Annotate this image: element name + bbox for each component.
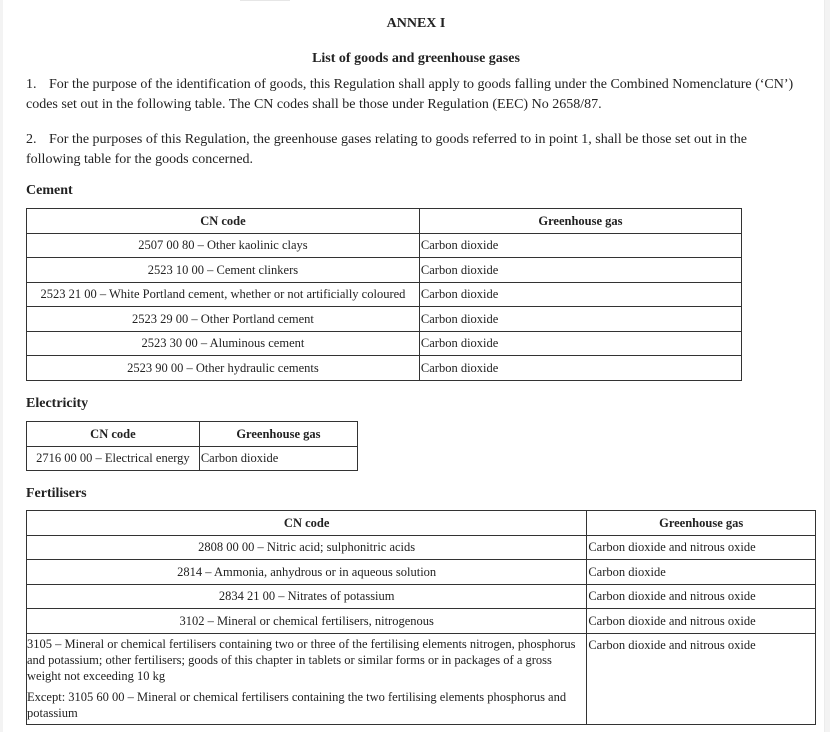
column-header-greenhouse-gas: Greenhouse gas — [199, 422, 357, 447]
paragraph-text: For the purpose of the identification of… — [26, 77, 793, 112]
cn-code-exception: Except: 3105 60 00 – Mineral or chemical… — [27, 689, 586, 721]
scrollbar-track[interactable] — [824, 0, 830, 732]
greenhouse-gas-cell: Carbon dioxide and nitrous oxide — [587, 609, 816, 634]
table-row: 3105 – Mineral or chemical fertilisers c… — [27, 633, 816, 724]
column-header-cn-code: CN code — [27, 422, 200, 447]
table-row: 2808 00 00 – Nitric acid; sulphonitric a… — [27, 535, 816, 560]
table-row: 2523 30 00 – Aluminous cement Carbon dio… — [27, 331, 742, 356]
table-row: 2834 21 00 – Nitrates of potassium Carbo… — [27, 584, 816, 609]
greenhouse-gas-cell: Carbon dioxide and nitrous oxide — [587, 584, 816, 609]
greenhouse-gas-cell: Carbon dioxide — [587, 560, 816, 585]
column-header-greenhouse-gas: Greenhouse gas — [587, 511, 816, 536]
table-row: 2523 10 00 – Cement clinkers Carbon diox… — [27, 258, 742, 283]
table-row: 2716 00 00 – Electrical energy Carbon di… — [27, 446, 358, 471]
page-left-margin — [0, 0, 3, 732]
paragraph-number: 1. — [26, 75, 42, 95]
table-header-row: CN code Greenhouse gas — [27, 511, 816, 536]
cement-table: CN code Greenhouse gas 2507 00 80 – Othe… — [26, 208, 742, 381]
cn-code-cell: 3102 – Mineral or chemical fertilisers, … — [27, 609, 587, 634]
cn-code-cell: 2523 10 00 – Cement clinkers — [27, 258, 420, 283]
paragraph-number: 2. — [26, 130, 42, 150]
cn-code-cell: 3105 – Mineral or chemical fertilisers c… — [27, 633, 587, 724]
greenhouse-gas-cell: Carbon dioxide — [199, 446, 357, 471]
table-row: 2523 21 00 – White Portland cement, whet… — [27, 282, 742, 307]
annex-subtitle: List of goods and greenhouse gases — [26, 51, 806, 67]
greenhouse-gas-cell: Carbon dioxide — [419, 282, 741, 307]
page-top-divider — [240, 0, 290, 1]
section-heading-cement: Cement — [26, 183, 73, 199]
column-header-greenhouse-gas: Greenhouse gas — [419, 209, 741, 234]
cn-code-cell: 2814 – Ammonia, anhydrous or in aqueous … — [27, 560, 587, 585]
cn-code-description: 3105 – Mineral or chemical fertilisers c… — [27, 636, 586, 684]
table-header-row: CN code Greenhouse gas — [27, 422, 358, 447]
greenhouse-gas-cell: Carbon dioxide — [419, 233, 741, 258]
section-heading-electricity: Electricity — [26, 396, 88, 412]
cn-code-cell: 2834 21 00 – Nitrates of potassium — [27, 584, 587, 609]
table-row: 2523 29 00 – Other Portland cement Carbo… — [27, 307, 742, 332]
cn-code-cell: 2523 90 00 – Other hydraulic cements — [27, 356, 420, 381]
column-header-cn-code: CN code — [27, 511, 587, 536]
table-row: 3102 – Mineral or chemical fertilisers, … — [27, 609, 816, 634]
annex-title: ANNEX I — [26, 16, 806, 32]
cn-code-cell: 2716 00 00 – Electrical energy — [27, 446, 200, 471]
cn-code-cell: 2523 29 00 – Other Portland cement — [27, 307, 420, 332]
cn-code-cell: 2523 21 00 – White Portland cement, whet… — [27, 282, 420, 307]
table-header-row: CN code Greenhouse gas — [27, 209, 742, 234]
cn-code-cell: 2523 30 00 – Aluminous cement — [27, 331, 420, 356]
greenhouse-gas-cell: Carbon dioxide and nitrous oxide — [587, 633, 816, 724]
electricity-table: CN code Greenhouse gas 2716 00 00 – Elec… — [26, 421, 358, 471]
greenhouse-gas-cell: Carbon dioxide and nitrous oxide — [587, 535, 816, 560]
section-heading-fertilisers: Fertilisers — [26, 486, 87, 502]
table-row: 2814 – Ammonia, anhydrous or in aqueous … — [27, 560, 816, 585]
greenhouse-gas-cell: Carbon dioxide — [419, 356, 741, 381]
greenhouse-gas-cell: Carbon dioxide — [419, 307, 741, 332]
table-row: 2523 90 00 – Other hydraulic cements Car… — [27, 356, 742, 381]
paragraph-1: 1. For the purpose of the identification… — [26, 75, 796, 115]
column-header-cn-code: CN code — [27, 209, 420, 234]
fertilisers-table: CN code Greenhouse gas 2808 00 00 – Nitr… — [26, 510, 816, 725]
cn-code-cell: 2507 00 80 – Other kaolinic clays — [27, 233, 420, 258]
paragraph-2: 2. For the purposes of this Regulation, … — [26, 130, 796, 170]
paragraph-text: For the purposes of this Regulation, the… — [26, 132, 747, 167]
greenhouse-gas-cell: Carbon dioxide — [419, 258, 741, 283]
table-row: 2507 00 80 – Other kaolinic clays Carbon… — [27, 233, 742, 258]
greenhouse-gas-cell: Carbon dioxide — [419, 331, 741, 356]
cn-code-cell: 2808 00 00 – Nitric acid; sulphonitric a… — [27, 535, 587, 560]
